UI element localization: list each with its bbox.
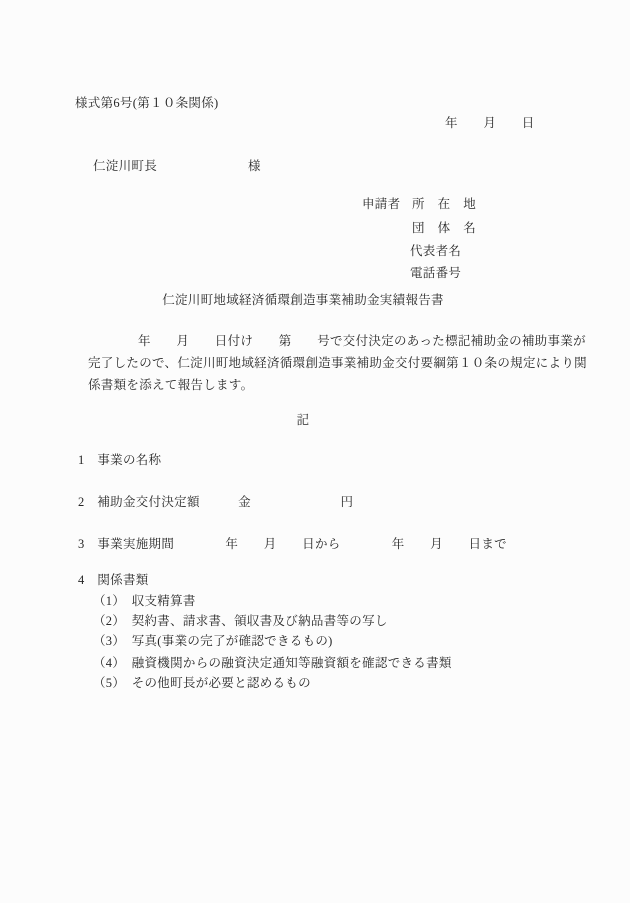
sub-item-3: （3） 写真(事業の完了が確認できるもの)	[93, 634, 333, 649]
sub-item-4: （4） 融資機関からの融資決定通知等融資額を確認できる書類	[93, 656, 452, 671]
body-line-3: 係書類を添えて報告します。	[88, 378, 253, 393]
applicant-label: 申請者	[362, 197, 400, 212]
item-1-project-name: 1 事業の名称	[78, 453, 161, 468]
applicant-field-address: 所 在 地	[412, 197, 476, 212]
form-number: 様式第6号(第１０条関係)	[75, 96, 218, 111]
addressee-honorific: 様	[248, 159, 261, 174]
body-line-1: 年 月 日付け 第 号で交付決定のあった標記補助金の補助事業が	[138, 334, 586, 349]
item-3-project-period: 3 事業実施期間 年 月 日から 年 月 日まで	[78, 537, 507, 552]
document-title: 仁淀川町地域経済循環創造事業補助金実績報告書	[0, 293, 606, 308]
applicant-field-representative: 代表者名	[410, 244, 461, 259]
sub-item-1: （1） 収支精算書	[93, 594, 196, 609]
addressee-name: 仁淀川町長	[93, 159, 157, 174]
sub-item-2: （2） 契約書、請求書、領収書及び納品書等の写し	[93, 614, 388, 629]
date-line: 年 月 日	[445, 116, 535, 131]
body-line-2: 完了したので、仁淀川町地域経済循環創造事業補助金交付要綱第１０条の規定により関	[88, 356, 587, 371]
item-2-grant-amount: 2 補助金交付決定額 金 円	[78, 495, 353, 510]
applicant-field-organization: 団 体 名	[412, 221, 476, 236]
item-4-related-documents: 4 関係書類	[78, 573, 149, 588]
sub-item-5: （5） その他町長が必要と認めるもの	[93, 676, 311, 691]
applicant-field-phone: 電話番号	[410, 266, 461, 281]
ki-mark: 記	[0, 413, 606, 428]
document-page: 様式第6号(第１０条関係) 年 月 日 仁淀川町長 様 申請者 所 在 地 団 …	[0, 0, 630, 903]
